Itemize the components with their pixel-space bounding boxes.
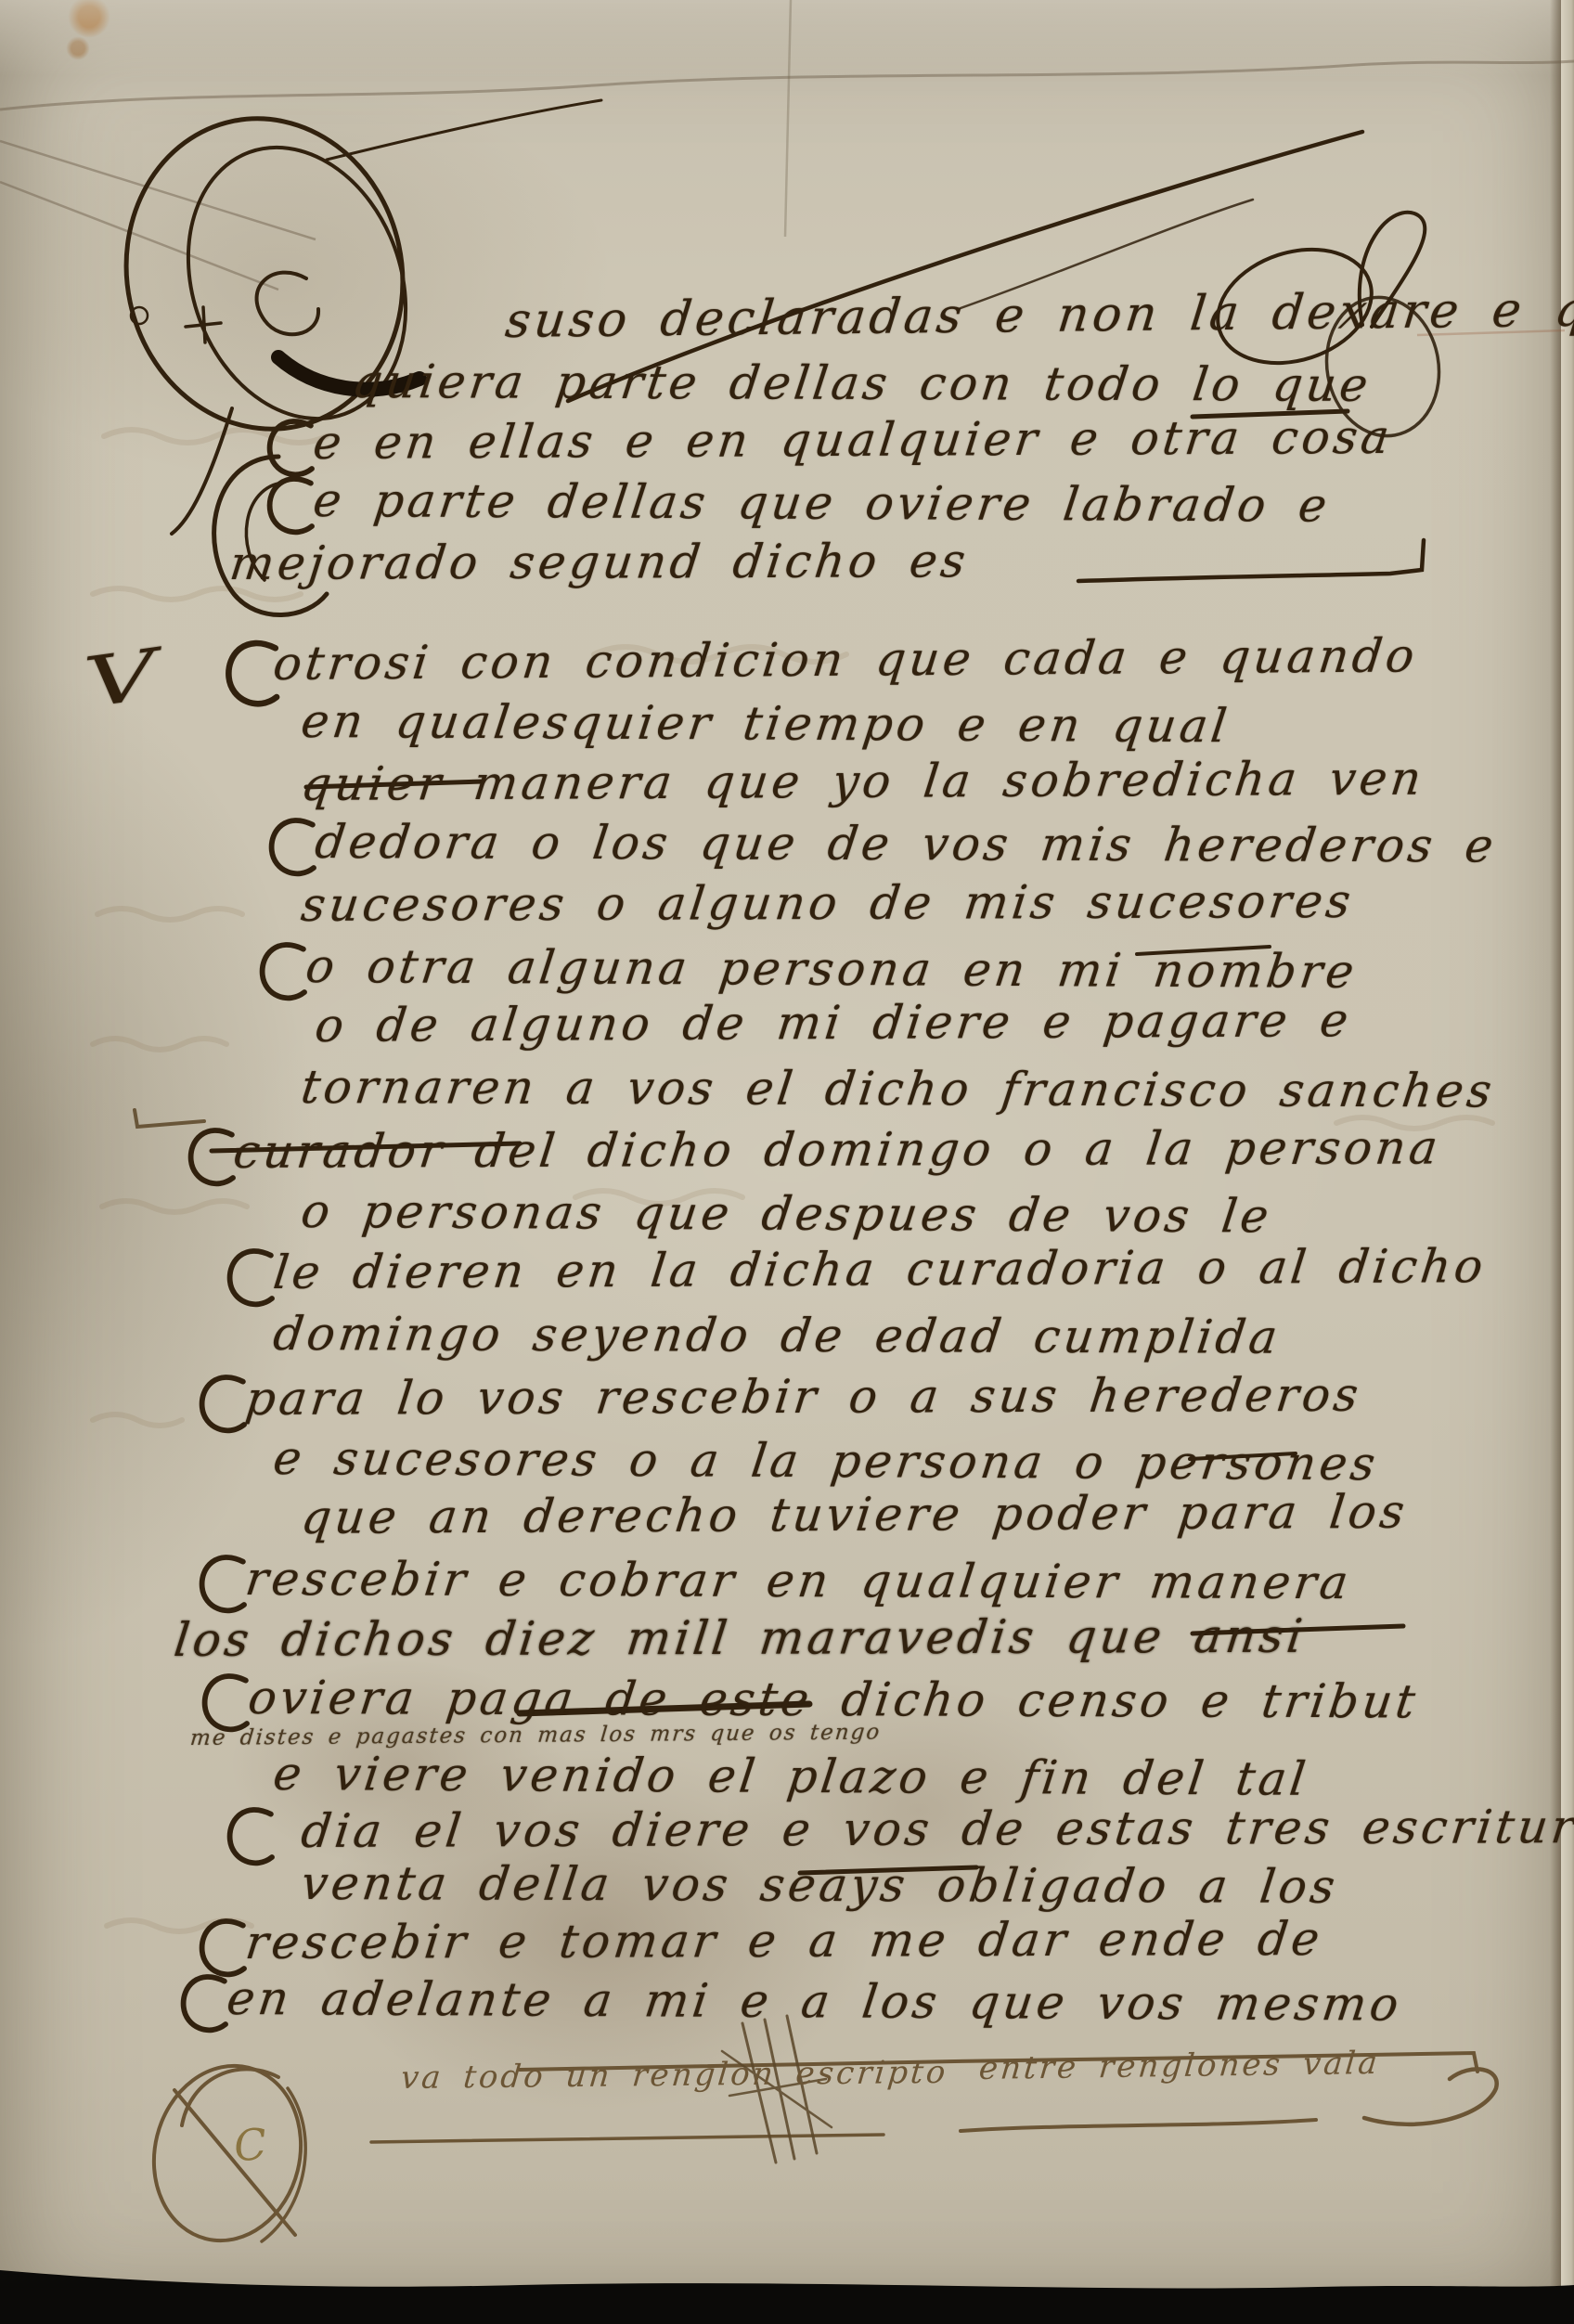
manuscript-line: suso declaradas e non la dexare e qual [503,285,1574,345]
manuscript-line: oviera paga de este dicho censo e tribut [246,1674,1422,1724]
manuscript-line: en adelante a mi e a los que vos mesmo [225,1975,1405,2028]
manuscript-line: sucesores o alguno de mis sucesores [299,878,1357,928]
manuscript-line: otrosi con condicion que cada e quando [271,632,1420,687]
manuscript-line: rescebir e tomar e a me dar ende de [243,1916,1325,1966]
manuscript-line: le dieren en la dicha curadoria o al dic… [271,1243,1489,1296]
scribal-note-segment: entre renglones vala [977,2047,1381,2085]
manuscript-line: rescebir e cobrar en qualquier manera [243,1556,1354,1606]
manuscript-line: para lo vos rescebir o a sus herederos [243,1372,1364,1422]
manuscript-line: los dichos diez mill maravedis que ansi [172,1613,1309,1663]
manuscript-line: quier manera que yo la sobredicha ven [299,755,1427,807]
text-layer: suso declaradas e non la dexare e qualqu… [0,0,1574,2324]
manuscript-line: venta della vos seays obligado a los [299,1860,1341,1910]
interlinear-line: me distes e pagastes con mas los mrs que… [189,1723,882,1749]
manuscript-line: que an derecho tuviere poder para los [299,1489,1411,1541]
marginal-check-mark: V [81,640,161,718]
manuscript-line: o de alguno de mi diere e pagare e [313,997,1354,1049]
manuscript-page: suso declaradas e non la dexare e qualqu… [0,0,1574,2324]
manuscript-line: en qualesquier tiempo e en qual [299,698,1233,749]
manuscript-line: tornaren a vos el dicho francisco sanche… [299,1064,1498,1114]
manuscript-line: quiera parte dellas con todo lo que [350,358,1374,408]
manuscript-line: curador del dicho domingo o a la persona [231,1124,1443,1175]
manuscript-line: o otra alguna persona en mi nombre [303,943,1361,995]
manuscript-line: e en ellas e en qualquier e otra cosa [311,414,1395,466]
manuscript-line: domingo seyendo de edad cumplida [271,1310,1284,1361]
manuscript-line: e parte dellas que oviere labrado e [311,477,1334,529]
manuscript-line: mejorado segund dicho es [227,537,972,587]
paraph-letter-mark: C [232,2123,268,2168]
manuscript-line: e viere venido el plazo e fin del tal [271,1750,1311,1802]
manuscript-line: dedora o los que de vos mis herederos e [313,819,1500,869]
manuscript-line: o personas que despues de vos le [299,1188,1275,1239]
manuscript-line: e sucesores o a la persona o persones [271,1435,1382,1487]
scribal-note-segment: va todo un renglon escripto [399,2057,949,2094]
manuscript-line: dia el vos diere e vos de estas tres esc… [299,1803,1574,1854]
